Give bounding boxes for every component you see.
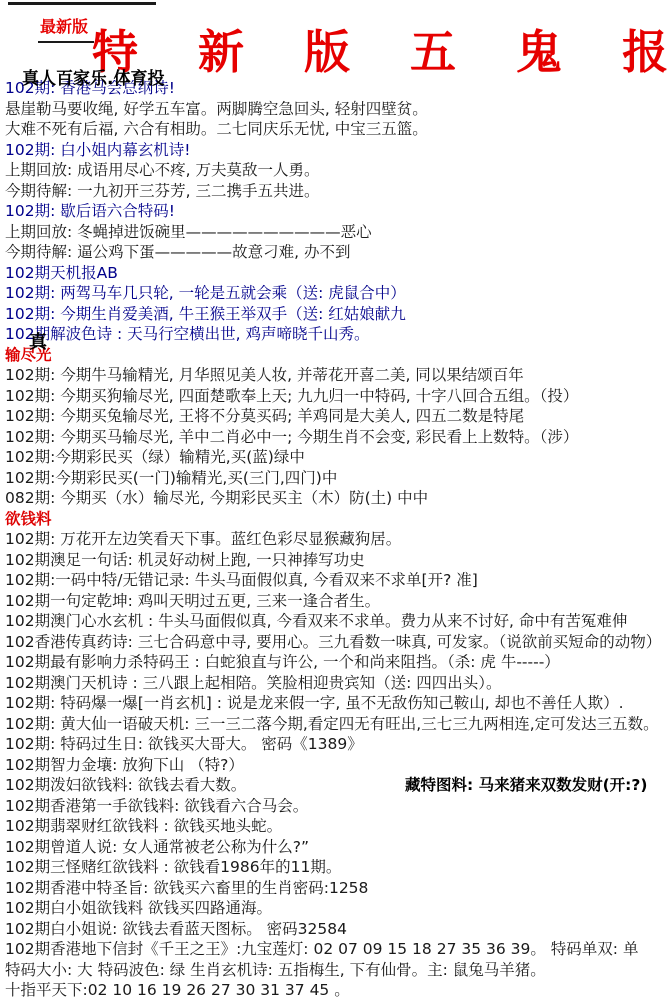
line-text: 大难不死有后福, 六合有相助。二七同庆乐无忧, 中宝三五篮。 [5, 120, 428, 138]
line-text: 特码大小: 大 特码波色: 绿 生肖玄机诗: 五指梅生, 下有仙骨。主: 鼠兔马… [5, 961, 546, 979]
text-line: 悬崖勒马要收绳, 好学五车富。两脚腾空急回头, 轻射四壁贫。 [5, 99, 670, 120]
text-line: 102期香港中特圣旨: 欲钱买六畜里的生肖密码:1258 [5, 878, 670, 899]
text-line: 102期: 今期买狗输尽光, 四面楚歌奉上天; 九九归一中特码, 十字八回合五组… [5, 386, 670, 407]
line-text: 102期: 今期买马输尽光, 羊中二肖必中一; 今期生肖不会变, 彩民看上上数特… [5, 428, 578, 446]
line-text: 102期澳足一句话: 机灵好动树上跑, 一只神捧写功史 [5, 551, 365, 569]
text-line: 102期: 歇后语六合特码! [5, 201, 670, 222]
line-text: 102期翡翠财红欲钱料 : 欲钱买地头蛇。 [5, 817, 282, 835]
text-line: 大难不死有后福, 六合有相助。二七同庆乐无忧, 中宝三五篮。 [5, 119, 670, 140]
line-text: 102期香港地下信封《千王之王》:九宝莲灯: 02 07 09 15 18 27… [5, 940, 638, 958]
text-line: 102期三怪赌红欲钱料 : 欲钱看1986年的11期。 [5, 857, 670, 878]
line-text: 102期香港中特圣旨: 欲钱买六畜里的生肖密码:1258 [5, 879, 368, 897]
text-line: 102期: 两驾马车几只轮, 一轮是五就会乘（送: 虎鼠合中） [5, 283, 670, 304]
hidden-special-tip: 藏特图料: 马来猪来双数发财(开:?) [405, 775, 647, 796]
line-text: 102期泼妇欲钱料: 欲钱去看大数。 [5, 776, 246, 794]
line-text: 今期待解: 一九初开三芬芳, 三二携手五共进。 [5, 182, 320, 200]
text-line: 102期曾道人说: 女人通常被老公称为什么?” [5, 837, 670, 858]
line-text: 102期: 今期生肖爱美酒, 牛王猴王举双手（送: 红姑娘献九 [5, 305, 406, 323]
text-line: 102期最有影响力杀特码王 : 白蛇狼直与许公, 一个和尚来阻挡。（杀: 虎 牛… [5, 652, 670, 673]
line-text: 今期待解: 逼公鸡下蛋—————故意刁难, 办不到 [5, 243, 351, 261]
line-text: 102期三怪赌红欲钱料 : 欲钱看1986年的11期。 [5, 858, 341, 876]
line-text: 102期智力金壤: 放狗下山 （特?） [5, 756, 244, 774]
line-text: 102期澳门心水玄机 : 牛头马面假似真, 今看双来不求单。费力从来不讨好, 命… [5, 612, 627, 630]
line-text: 102期: 歇后语六合特码! [5, 202, 175, 220]
line-text: 102期:今期彩民买(一门)输精光,买(三门,四门)中 [5, 469, 337, 487]
line-text: 102期: 今期牛马输精光, 月华照见美人妆, 并蒂花开喜二美, 同以果结颂百年 [5, 366, 524, 384]
text-line: 上期回放: 成语用尽心不疼, 万夫莫敌一人勇。 [5, 160, 670, 181]
text-line: 102期翡翠财红欲钱料 : 欲钱买地头蛇。 [5, 816, 670, 837]
line-text: 102期: 今期买狗输尽光, 四面楚歌奉上天; 九九归一中特码, 十字八回合五组… [5, 387, 578, 405]
text-line: 102期: 今期牛马输精光, 月华照见美人妆, 并蒂花开喜二美, 同以果结颂百年 [5, 365, 670, 386]
line-text: 102期解波色诗 : 天马行空横出世, 鸡声啼晓千山秀。 [5, 325, 370, 343]
overlay-character: 真 [29, 333, 47, 354]
text-line: 082期: 今期买（水）输尽光, 今期彩民买主（木）防(土) 中中 [5, 488, 670, 509]
line-text: 十指平天下:02 10 16 19 26 27 30 31 37 45 。 [5, 981, 350, 999]
text-line: 102期香港地下信封《千王之王》:九宝莲灯: 02 07 09 15 18 27… [5, 939, 670, 960]
text-line: 102期一句定乾坤: 鸡叫天明过五更, 三来一逢合者生。 [5, 591, 670, 612]
line-text: 102期白小姐欲钱料 欲钱买四路通海。 [5, 899, 272, 917]
text-line: 102期:今期彩民买(一门)输精光,买(三门,四门)中 [5, 468, 670, 489]
line-text: 102期最有影响力杀特码王 : 白蛇狼直与许公, 一个和尚来阻挡。（杀: 虎 牛… [5, 653, 560, 671]
line-text: 欲钱料 [5, 510, 52, 528]
text-line: 真 输尽光 [5, 345, 670, 366]
text-line: 十指平天下:02 10 16 19 26 27 30 31 37 45 。 [5, 980, 670, 1000]
line-text: 上期回放: 成语用尽心不疼, 万夫莫敌一人勇。 [5, 161, 320, 179]
text-line: 102期澳门天机诗 : 三八跟上起相陪。笑脸相迎贵宾知（送: 四四出头）。 [5, 673, 670, 694]
text-line: 102期: 今期买马输尽光, 羊中二肖必中一; 今期生肖不会变, 彩民看上上数特… [5, 427, 670, 448]
text-line: 102期解波色诗 : 天马行空横出世, 鸡声啼晓千山秀。 [5, 324, 670, 345]
text-line: 102期: 今期买兔输尽光, 王将不分莫买码; 羊鸡同是大美人, 四五二数是特尾 [5, 406, 670, 427]
line-text: 102期: 今期买兔输尽光, 王将不分莫买码; 羊鸡同是大美人, 四五二数是特尾 [5, 407, 524, 425]
text-line: 102期天机报AB [5, 263, 670, 284]
text-line: 102期智力金壤: 放狗下山 （特?） [5, 755, 670, 776]
line-text: 102期: 特码过生日: 欲钱买大哥大。 密码《1389》 [5, 735, 363, 753]
line-text: 102期:今期彩民买（绿）输精光,买(蓝)绿中 [5, 448, 305, 466]
line-text: 102期澳门天机诗 : 三八跟上起相陪。笑脸相迎贵宾知（送: 四四出头）。 [5, 674, 502, 692]
text-line: 今期待解: 一九初开三芬芳, 三二携手五共进。 [5, 181, 670, 202]
text-line: 上期回放: 冬蝇掉进饭碗里——————————恶心 [5, 222, 670, 243]
latest-edition-label: 最新版 [38, 13, 94, 43]
text-line: 今期待解: 逼公鸡下蛋—————故意刁难, 办不到 [5, 242, 670, 263]
line-text: 102期: 特码爆一爆[一肖玄机] : 说是龙来假一字, 虽不无敌伤知己鞍山, … [5, 694, 624, 712]
line-text: 102期:一码中特/无错记录: 牛头马面假似真, 今看双来不求单[开? 准] [5, 571, 478, 589]
text-line: 102香港传真药诗: 三七合码意中寻, 要用心。三九看数一味真, 可发家。（说欲… [5, 632, 670, 653]
page-subtitle: 真人百家乐.体育投 [22, 64, 164, 89]
text-line: 102期澳足一句话: 机灵好动树上跑, 一只神捧写功史 [5, 550, 670, 571]
line-text: 102期曾道人说: 女人通常被老公称为什么?” [5, 838, 309, 856]
line-text: 082期: 今期买（水）输尽光, 今期彩民买主（木）防(土) 中中 [5, 489, 428, 507]
line-text: 102期: 万花开左边笑看天下事。蓝红色彩尽显猴藏狗居。 [5, 530, 401, 548]
line-text: 102香港传真药诗: 三七合码意中寻, 要用心。三九看数一味真, 可发家。（说欲… [5, 633, 661, 651]
text-line: 102期白小姐说: 欲钱去看蓝天图标。 密码32584 [5, 919, 670, 940]
text-line: 102期: 特码爆一爆[一肖玄机] : 说是龙来假一字, 虽不无敌伤知己鞍山, … [5, 693, 670, 714]
text-line: 102期:一码中特/无错记录: 牛头马面假似真, 今看双来不求单[开? 准] [5, 570, 670, 591]
line-text: 102期一句定乾坤: 鸡叫天明过五更, 三来一逢合者生。 [5, 592, 380, 610]
text-line: 欲钱料 [5, 509, 670, 530]
line-text: 102期: 两驾马车几只轮, 一轮是五就会乘（送: 虎鼠合中） [5, 284, 406, 302]
line-text: 102期: 白小姐内幕玄机诗! [5, 141, 190, 159]
text-line: 102期澳门心水玄机 : 牛头马面假似真, 今看双来不求单。费力从来不讨好, 命… [5, 611, 670, 632]
line-text: 102期香港第一手欲钱料: 欲钱看六合马会。 [5, 797, 308, 815]
text-line: 102期: 黄大仙一语破天机: 三一三二落今期,看定四无有旺出,三七三九两相连,… [5, 714, 670, 735]
text-line: 102期: 特码过生日: 欲钱买大哥大。 密码《1389》 [5, 734, 670, 755]
text-line: 102期: 今期生肖爱美酒, 牛王猴王举双手（送: 红姑娘献九 [5, 304, 670, 325]
line-text: 悬崖勒马要收绳, 好学五车富。两脚腾空急回头, 轻射四壁贫。 [5, 100, 428, 118]
text-line: 特码大小: 大 特码波色: 绿 生肖玄机诗: 五指梅生, 下有仙骨。主: 鼠兔马… [5, 960, 670, 981]
text-line: 102期白小姐欲钱料 欲钱买四路通海。 [5, 898, 670, 919]
page-title: 特 新 版 五 鬼 报 [92, 16, 670, 82]
line-text: 102期天机报AB [5, 264, 118, 282]
content-lines: 102期: 香港马会总纲诗! 悬崖勒马要收绳, 好学五车富。两脚腾空急回头, 轻… [5, 78, 670, 1000]
line-text: 上期回放: 冬蝇掉进饭碗里——————————恶心 [5, 223, 372, 241]
text-line: 102期: 万花开左边笑看天下事。蓝红色彩尽显猴藏狗居。 [5, 529, 670, 550]
line-text: 102期白小姐说: 欲钱去看蓝天图标。 密码32584 [5, 920, 347, 938]
text-line: 102期香港第一手欲钱料: 欲钱看六合马会。 [5, 796, 670, 817]
text-line: 102期: 白小姐内幕玄机诗! [5, 140, 670, 161]
text-line: 102期泼妇欲钱料: 欲钱去看大数。 藏特图料: 马来猪来双数发财(开:?) [5, 775, 670, 796]
line-text: 102期: 黄大仙一语破天机: 三一三二落今期,看定四无有旺出,三七三九两相连,… [5, 715, 659, 733]
text-line: 102期:今期彩民买（绿）输精光,买(蓝)绿中 [5, 447, 670, 468]
